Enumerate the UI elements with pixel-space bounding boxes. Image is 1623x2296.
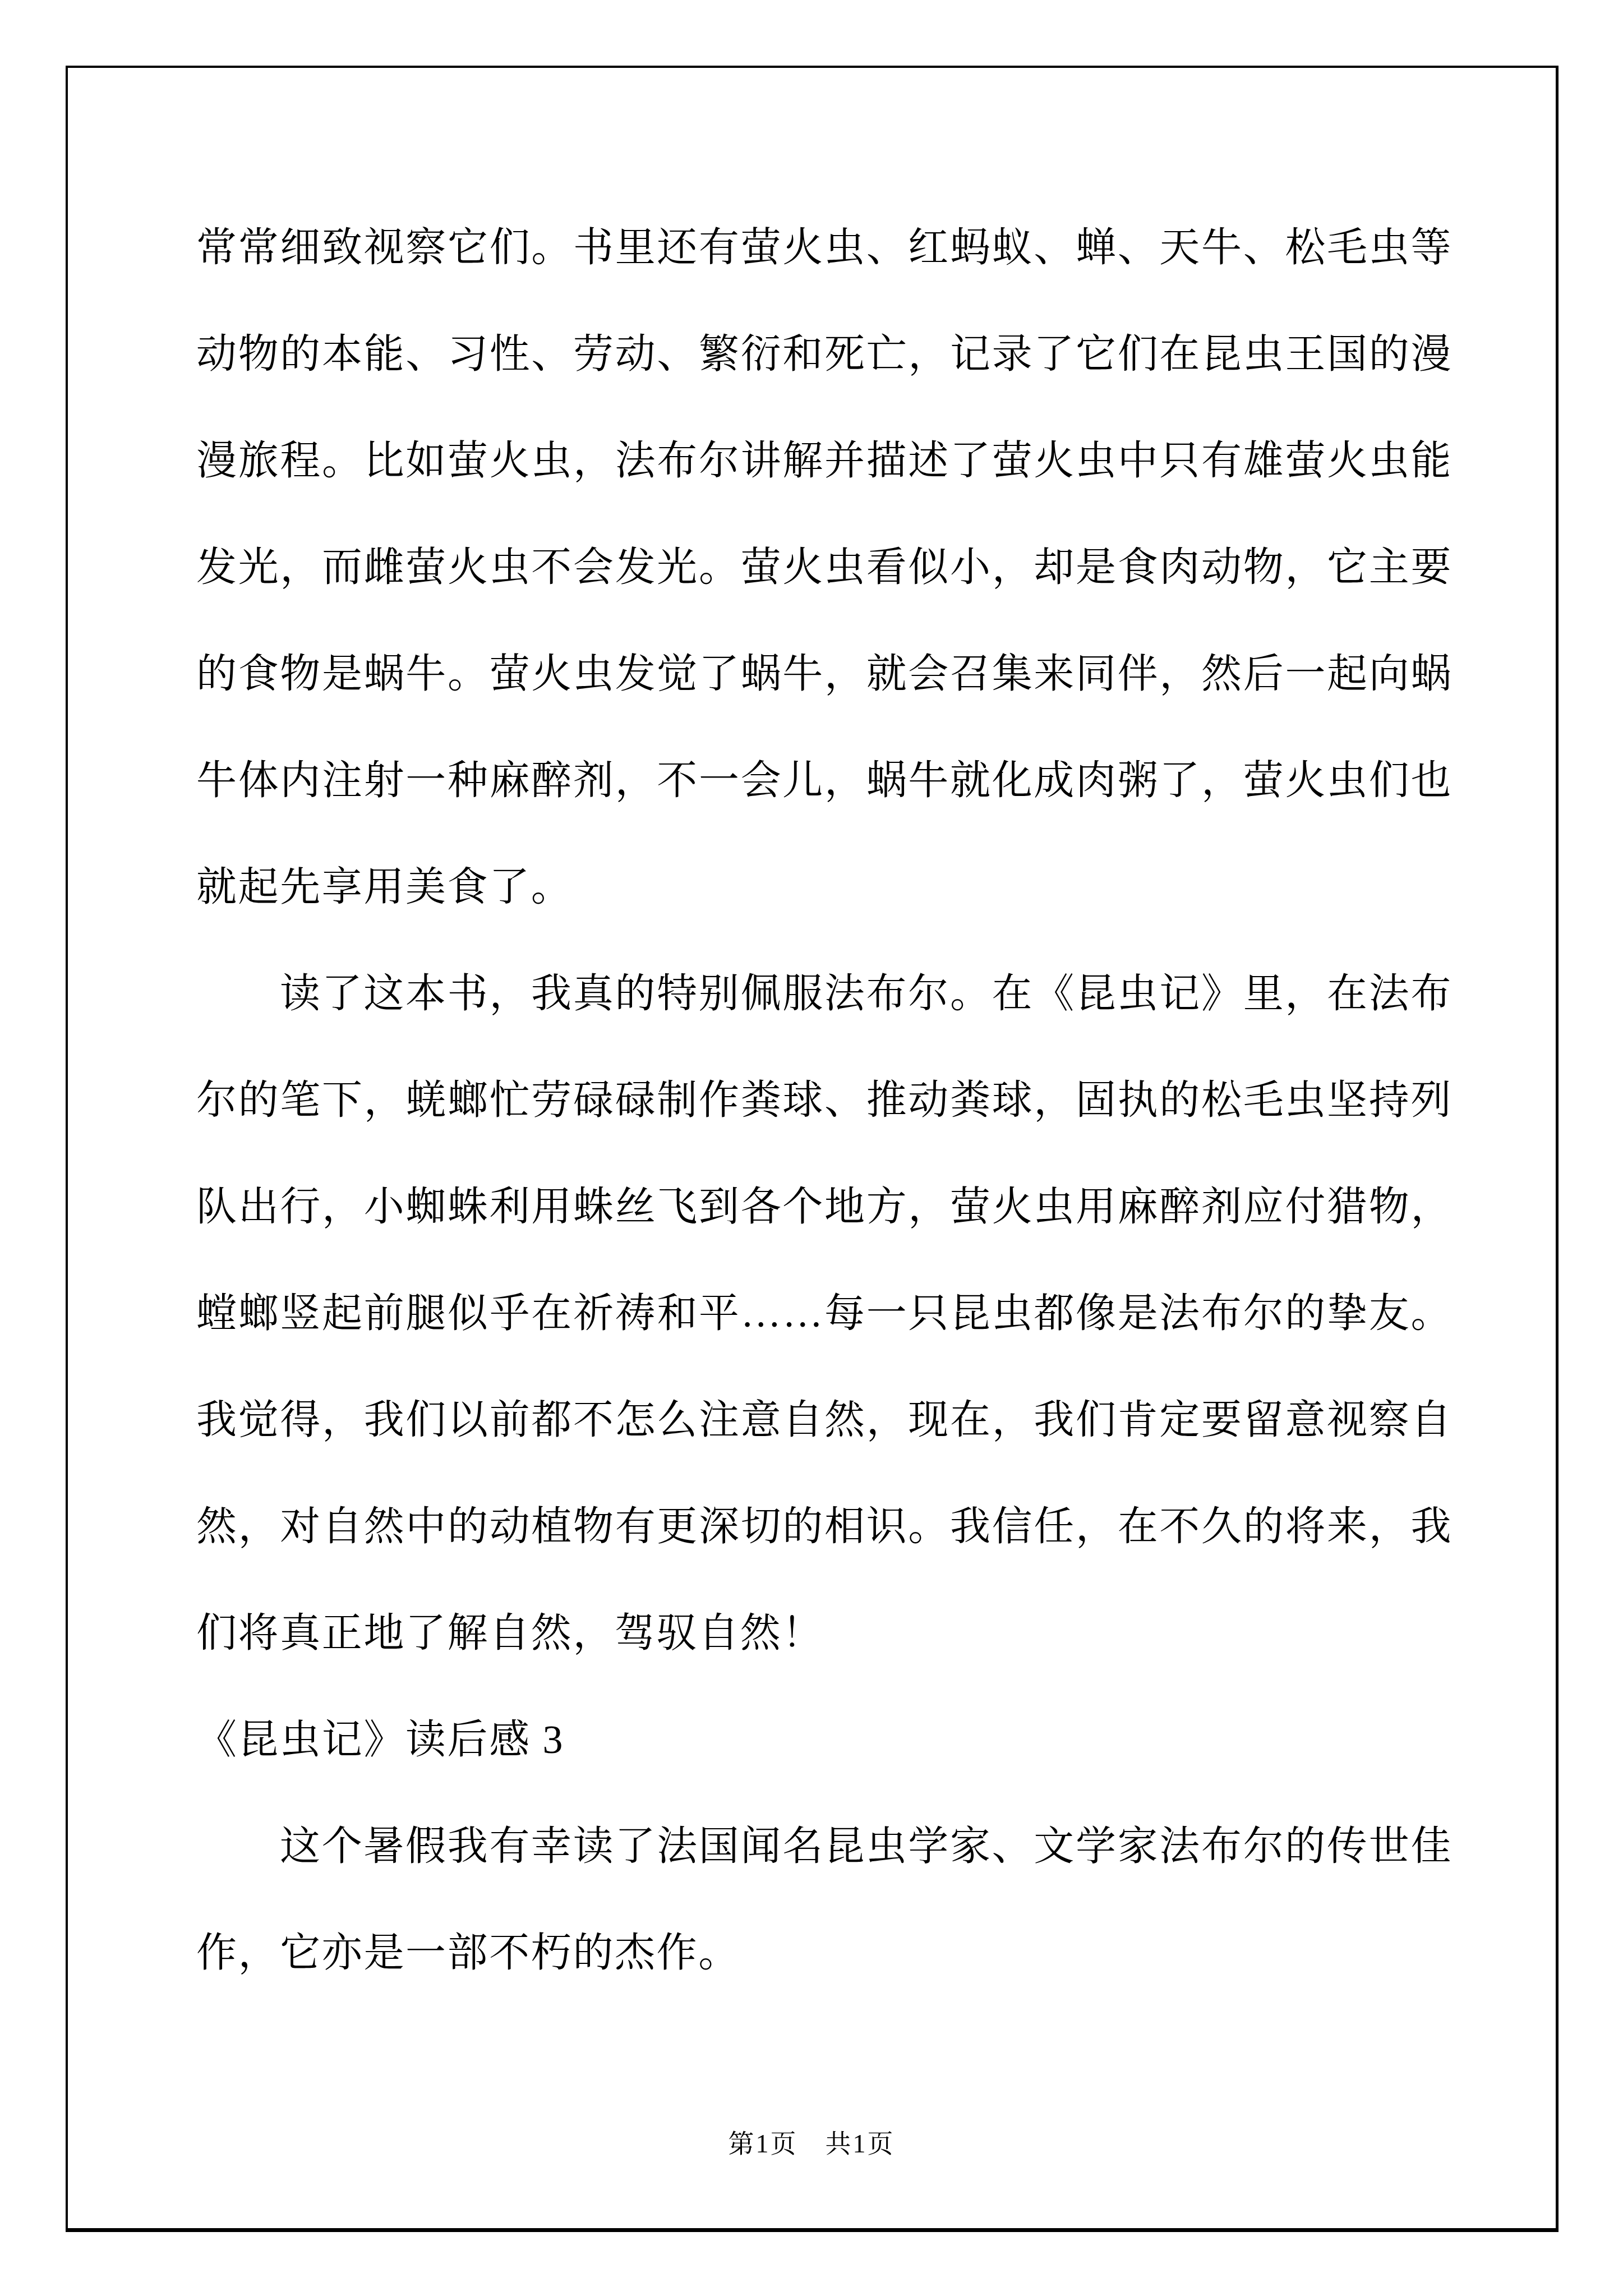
paragraph: 《昆虫记》读后感 3 bbox=[196, 1686, 1453, 1793]
paragraph: 常常细致视察它们。书里还有萤火虫、红蚂蚁、蝉、天牛、松毛虫等动物的本能、习性、劳… bbox=[196, 194, 1453, 940]
essay-body: 常常细致视察它们。书里还有萤火虫、红蚂蚁、蝉、天牛、松毛虫等动物的本能、习性、劳… bbox=[196, 194, 1453, 2006]
document-canvas: 常常细致视察它们。书里还有萤火虫、红蚂蚁、蝉、天牛、松毛虫等动物的本能、习性、劳… bbox=[0, 0, 1623, 2296]
paragraph: 这个暑假我有幸读了法国闻名昆虫学家、文学家法布尔的传世佳作，它亦是一部不朽的杰作… bbox=[196, 1793, 1453, 2006]
page-number-footer: 第1页 共1页 bbox=[0, 2129, 1623, 2159]
paragraph: 读了这本书，我真的特别佩服法布尔。在《昆虫记》里，在法布尔的笔下，蜣螂忙劳碌碌制… bbox=[196, 940, 1453, 1686]
